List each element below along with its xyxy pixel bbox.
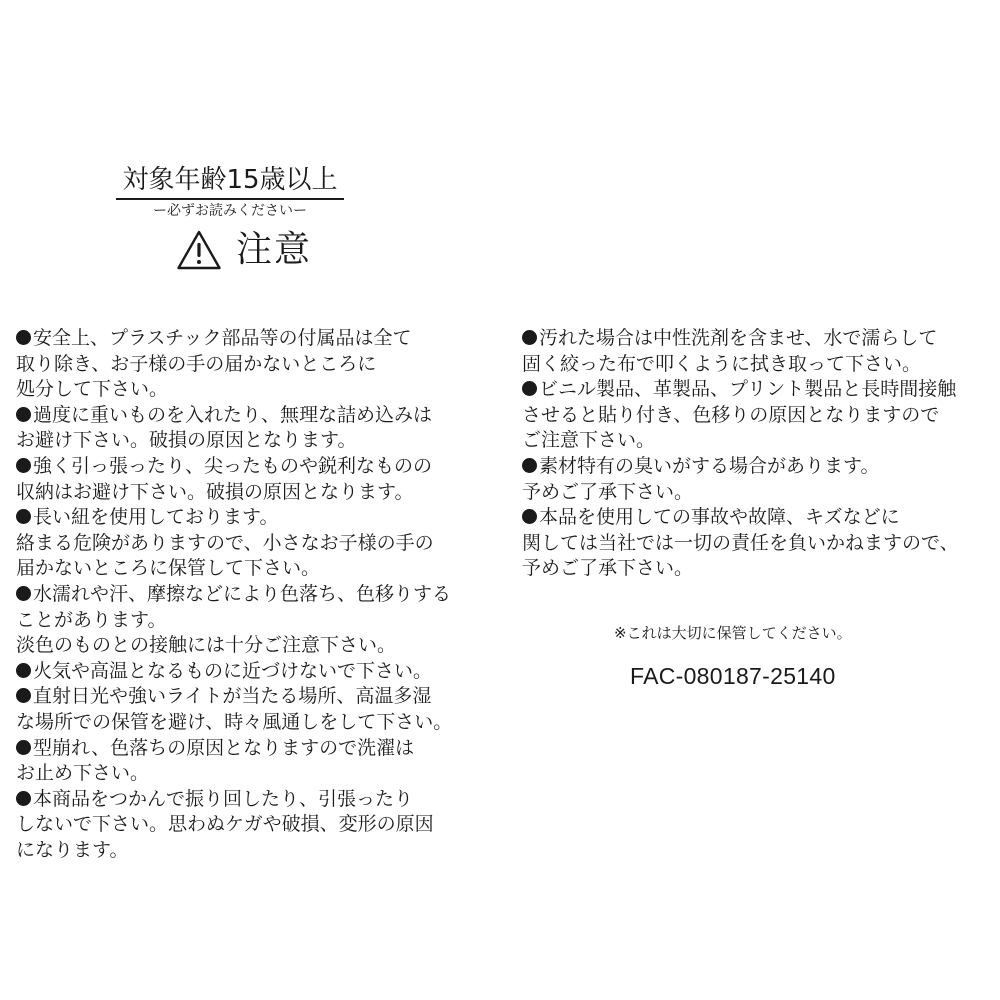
notice-item-continuation: 届かないところに保管して下さい。 [16, 556, 452, 582]
notice-item-continuation: 予めご了承下さい。 [522, 556, 959, 582]
bullet-dot-icon [16, 458, 31, 473]
notice-text: ご注意下さい。 [522, 429, 655, 451]
notice-text: 本商品をつかんで振り回したり、引張ったり [33, 788, 413, 810]
caution-heading: 注意 [176, 226, 312, 274]
notice-text: 水濡れや汗、摩擦などにより色落ち、色移りする [33, 583, 451, 605]
keep-note: ※これは大切に保管してください。 [614, 622, 852, 644]
notice-item-start: 本品を使用しての事故や故障、キズなどに [522, 505, 959, 531]
notice-text: 処分して下さい。 [16, 378, 168, 400]
notice-item-continuation: 取り除き、お子様の手の届かないところに [16, 352, 452, 378]
notice-item-continuation: 淡色のものとの接触には十分ご注意下さい。 [16, 633, 452, 659]
notice-text: 届かないところに保管して下さい。 [16, 557, 320, 579]
notice-item-start: ビニル製品、革製品、プリント製品と長時間接触 [522, 377, 959, 403]
notice-item-start: 火気や高温となるものに近づけないで下さい。 [16, 659, 452, 685]
bullet-dot-icon [16, 509, 31, 524]
notice-item-continuation: 絡まる危険がありますので、小さなお子様の手の [16, 531, 452, 557]
bullet-dot-icon [16, 586, 31, 601]
notice-text: 長い紐を使用しております。 [33, 506, 278, 528]
notice-text: 本品を使用しての事故や故障、キズなどに [539, 506, 900, 528]
notice-item-start: 直射日光や強いライトが当たる場所、高温多湿 [16, 684, 452, 710]
notice-item-continuation: お止め下さい。 [16, 761, 452, 787]
notice-item-start: 型崩れ、色落ちの原因となりますので洗濯は [16, 736, 452, 762]
notice-item-start: 水濡れや汗、摩擦などにより色落ち、色移りする [16, 582, 452, 608]
notice-item-start: 素材特有の臭いがする場合があります。 [522, 454, 959, 480]
right-notice-column: 汚れた場合は中性洗剤を含ませ、水で濡らして固く絞った布で叩くように拭き取って下さ… [522, 326, 959, 582]
notice-item-start: 長い紐を使用しております。 [16, 505, 452, 531]
notice-item-continuation: な場所での保管を避け、時々風通しをして下さい。 [16, 710, 452, 736]
notice-text: しないで下さい。思わぬケガや破損、変形の原因 [16, 813, 434, 835]
notice-item-continuation: 関しては当社では一切の責任を負いかねますので、 [522, 531, 959, 557]
notice-text: ビニル製品、革製品、プリント製品と長時間接触 [539, 378, 956, 400]
notice-text: な場所での保管を避け、時々風通しをして下さい。 [16, 711, 452, 733]
notice-text: 取り除き、お子様の手の届かないところに [16, 353, 376, 375]
left-notice-column: 安全上、プラスチック部品等の付属品は全て取り除き、お子様の手の届かないところに処… [16, 326, 452, 863]
notice-text: 過度に重いものを入れたり、無理な詰め込みは [33, 404, 432, 426]
notice-text: 汚れた場合は中性洗剤を含ませ、水で濡らして [539, 327, 937, 349]
notice-item-continuation: 処分して下さい。 [16, 377, 452, 403]
notice-text: 淡色のものとの接触には十分ご注意下さい。 [16, 634, 396, 656]
bullet-dot-icon [16, 663, 31, 678]
notice-text: 収納はお避け下さい。破損の原因となります。 [16, 481, 413, 503]
bullet-dot-icon [16, 407, 31, 422]
notice-text: 型崩れ、色落ちの原因となりますので洗濯は [33, 737, 414, 759]
notice-text: ことがあります。 [16, 609, 166, 631]
product-code: FAC-080187-25140 [630, 660, 836, 692]
notice-item-continuation: 収納はお避け下さい。破損の原因となります。 [16, 480, 452, 506]
notice-item-start: 汚れた場合は中性洗剤を含ませ、水で濡らして [522, 326, 959, 352]
bullet-dot-icon [16, 688, 31, 703]
notice-item-continuation: お避け下さい。破損の原因となります。 [16, 428, 452, 454]
notice-text: 予めご了承下さい。 [522, 557, 693, 579]
notice-item-continuation: 予めご了承下さい。 [522, 480, 959, 506]
notice-item-start: 本商品をつかんで振り回したり、引張ったり [16, 787, 452, 813]
notice-text: 絡まる危険がありますので、小さなお子様の手の [16, 532, 434, 554]
notice-text: 固く絞った布で叩くように拭き取って下さい。 [522, 353, 921, 375]
bullet-dot-icon [16, 330, 31, 345]
read-note: ー必ずお読みくださいー [116, 201, 344, 221]
bullet-dot-icon [16, 740, 31, 755]
notice-text: 直射日光や強いライトが当たる場所、高温多湿 [33, 685, 431, 707]
notice-text: になります。 [16, 839, 128, 861]
notice-text: お避け下さい。破損の原因となります。 [16, 429, 356, 451]
bullet-dot-icon [522, 330, 537, 345]
notice-item-continuation: ご注意下さい。 [522, 428, 959, 454]
notice-text: 予めご了承下さい。 [522, 481, 693, 503]
caution-label: 注意 [236, 228, 312, 272]
bullet-dot-icon [16, 791, 31, 806]
bullet-dot-icon [522, 458, 537, 473]
notice-text: 強く引っ張ったり、尖ったものや鋭利なものの [33, 455, 432, 477]
notice-text: 関しては当社では一切の責任を負いかねますので、 [522, 532, 959, 554]
notice-text: させると貼り付き、色移りの原因となりますので [522, 404, 939, 426]
notice-item-start: 過度に重いものを入れたり、無理な詰め込みは [16, 403, 452, 429]
bullet-dot-icon [522, 509, 537, 524]
notice-text: お止め下さい。 [16, 762, 149, 784]
notice-item-continuation: 固く絞った布で叩くように拭き取って下さい。 [522, 352, 959, 378]
notice-item-start: 強く引っ張ったり、尖ったものや鋭利なものの [16, 454, 452, 480]
notice-item-start: 安全上、プラスチック部品等の付属品は全て [16, 326, 452, 352]
notice-item-continuation: しないで下さい。思わぬケガや破損、変形の原因 [16, 812, 452, 838]
notice-text: 素材特有の臭いがする場合があります。 [539, 455, 879, 477]
warning-triangle-icon [176, 229, 222, 271]
notice-text: 安全上、プラスチック部品等の付属品は全て [33, 327, 411, 349]
bullet-dot-icon [522, 381, 537, 396]
age-title: 対象年齢15歳以上 [116, 162, 344, 200]
notice-text: 火気や高温となるものに近づけないで下さい。 [33, 660, 432, 682]
notice-item-continuation: ことがあります。 [16, 608, 452, 634]
notice-item-continuation: になります。 [16, 838, 452, 864]
notice-item-continuation: させると貼り付き、色移りの原因となりますので [522, 403, 959, 429]
